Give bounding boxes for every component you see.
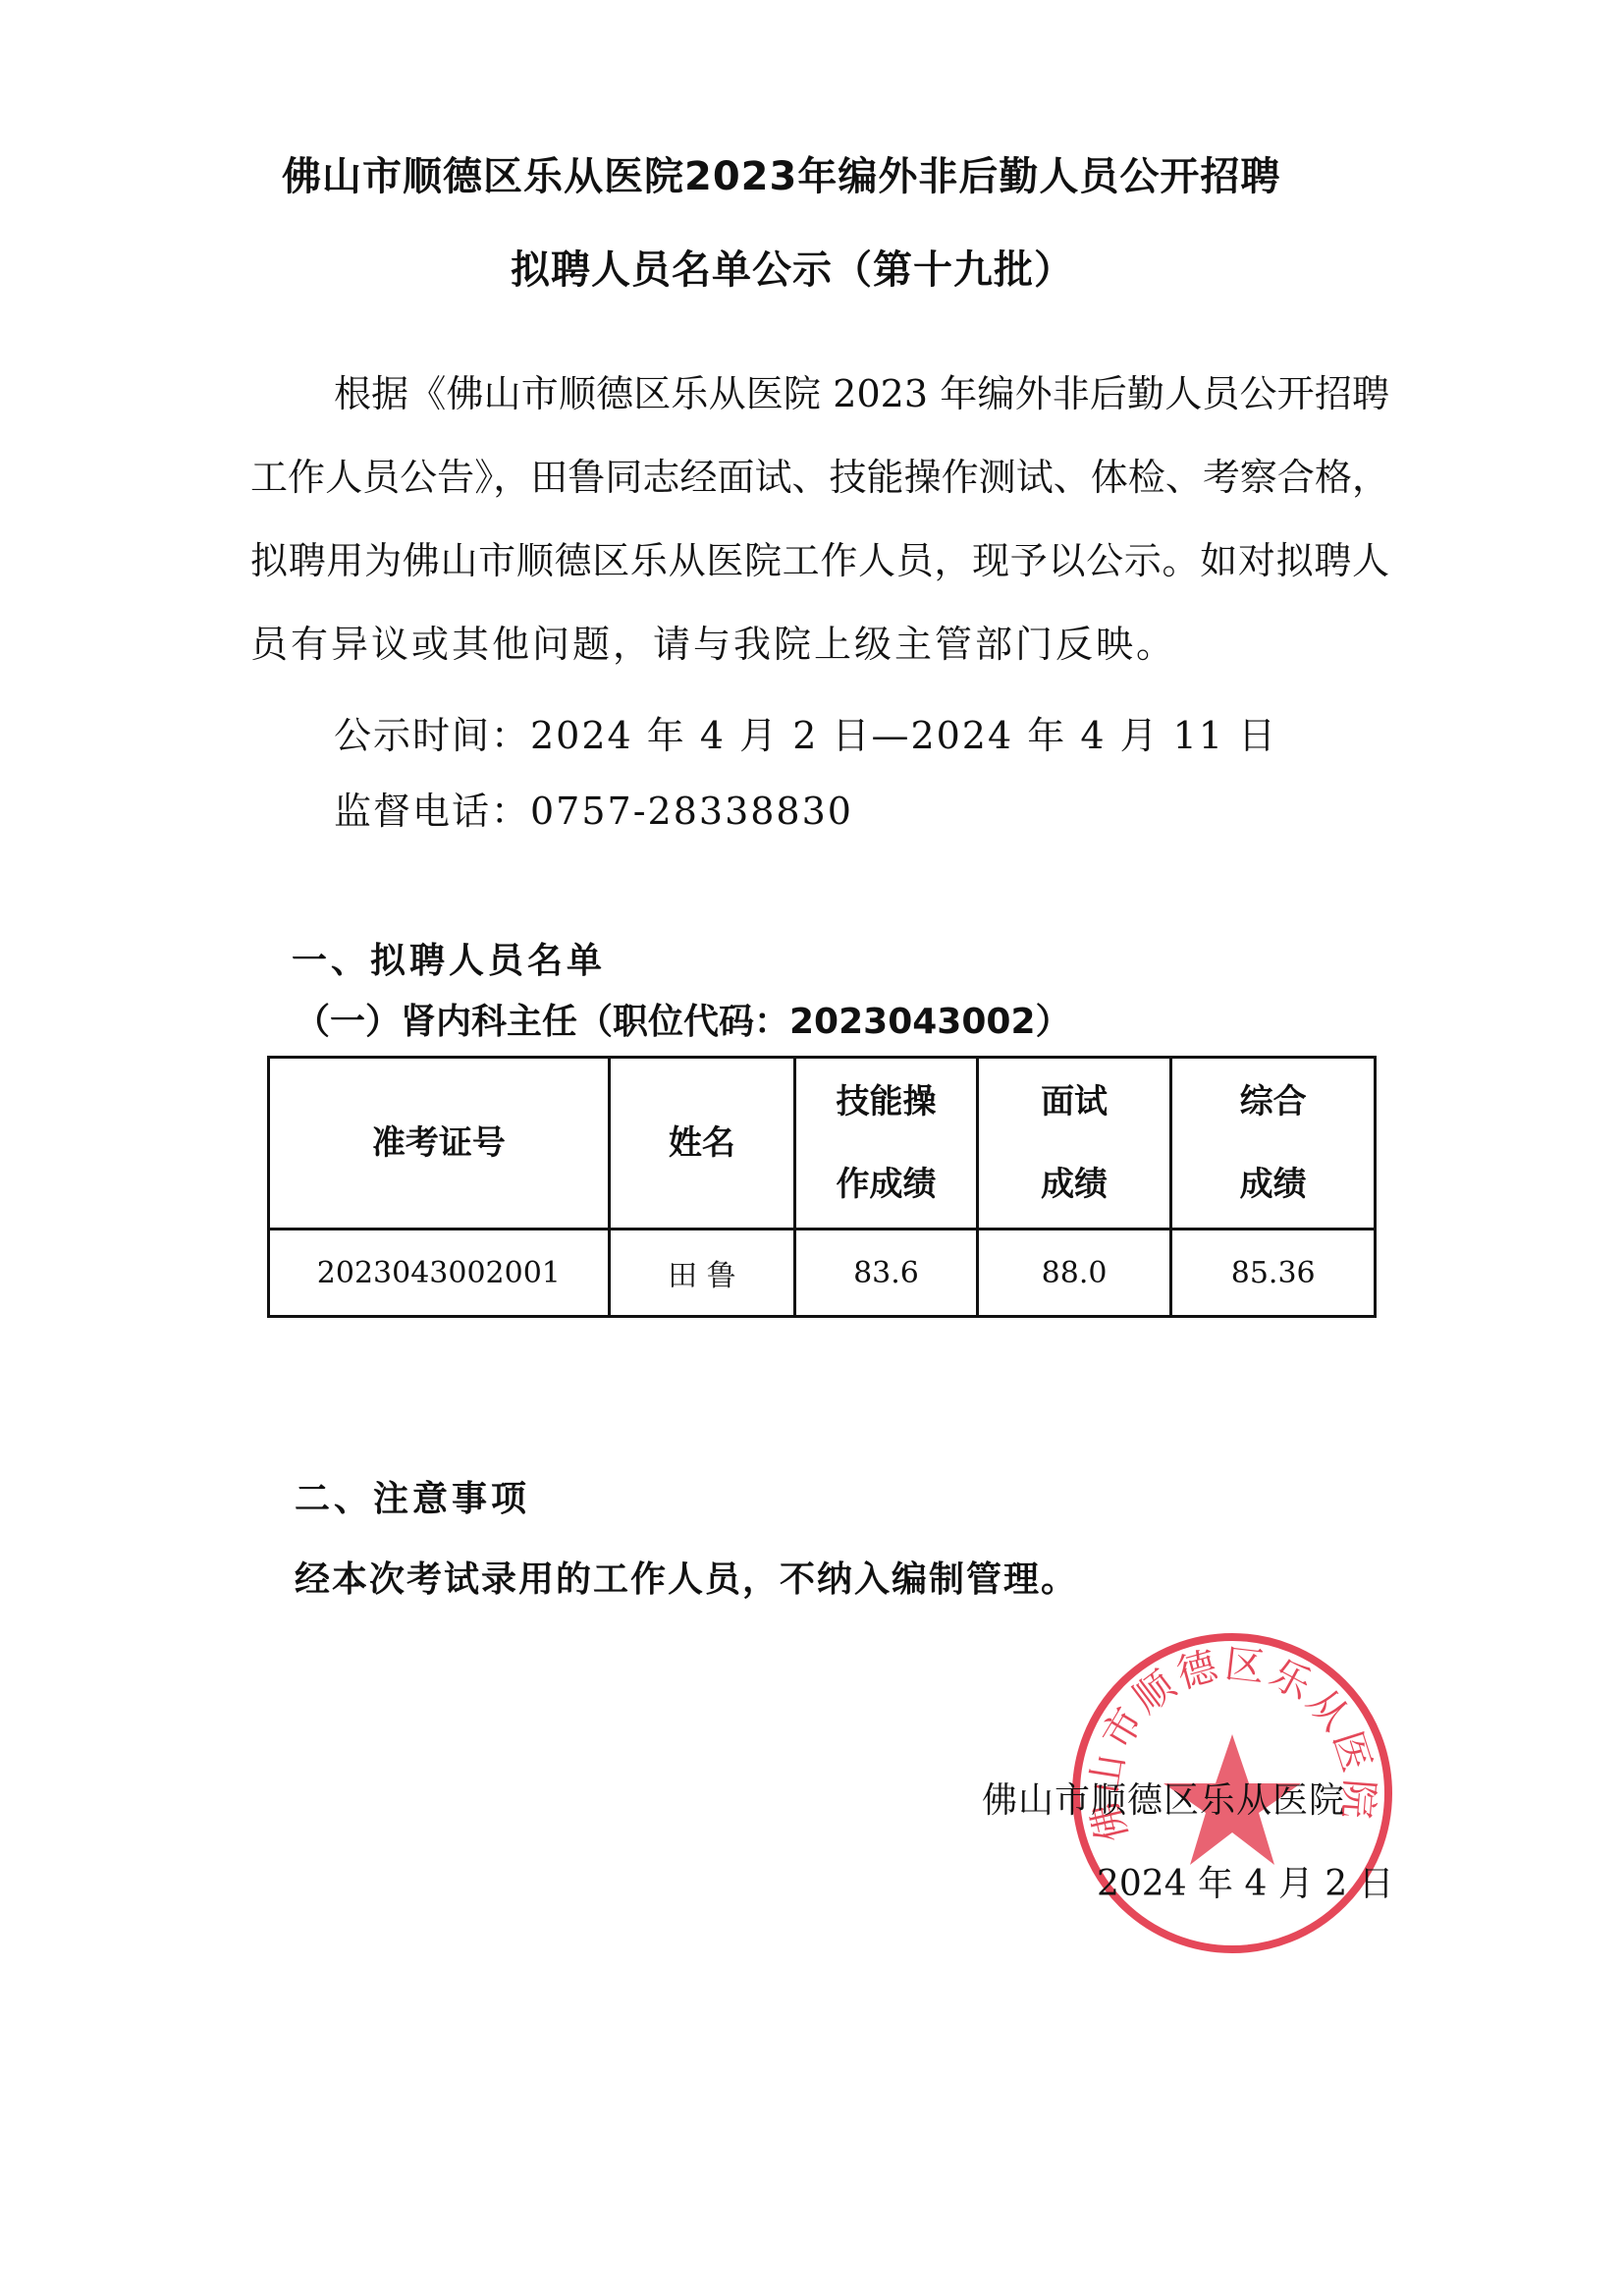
table-row: 2023043002001 田 鲁 83.6 88.0 85.36 [269,1230,1376,1317]
cell-total-score: 85.36 [1171,1230,1376,1317]
section1-subheading: （一）肾内科主任（职位代码：2023043002） [295,994,1071,1044]
cell-interview-score: 88.0 [977,1230,1171,1317]
section2-heading: 二、注意事项 [295,1471,530,1521]
document-title-line1: 佛山市顺德区乐从医院2023年编外非后勤人员公开招聘 [282,145,1280,201]
candidate-table: 准考证号 姓名 技能操作成绩 面试成绩 综合成绩 2023043002001 田… [267,1056,1377,1318]
signature-date: 2024 年 4 月 2 日 [1097,1856,1394,1906]
header-total-score: 综合成绩 [1171,1058,1376,1230]
section1-heading: 一、拟聘人员名单 [292,933,606,983]
cell-exam-number: 2023043002001 [269,1230,610,1317]
table-header-row: 准考证号 姓名 技能操作成绩 面试成绩 综合成绩 [269,1058,1376,1230]
supervision-phone: 监督电话：0757-28338830 [334,781,853,835]
header-skill-score: 技能操作成绩 [795,1058,978,1230]
body-line-2: 工作人员公告》，田鲁同志经面试、技能操作测试、体检、考察合格， [250,447,1389,501]
body-line-3: 拟聘用为佛山市顺德区乐从医院工作人员，现予以公示。如对拟聘人 [250,530,1389,584]
body-line-4: 员有异议或其他问题，请与我院上级主管部门反映。 [250,614,1176,668]
signature-org: 佛山市顺德区乐从医院 [982,1773,1345,1823]
header-interview-score: 面试成绩 [977,1058,1171,1230]
body-line-1: 根据《佛山市顺德区乐从医院 2023 年编外非后勤人员公开招聘 [334,363,1389,417]
notice-period: 公示时间：2024 年 4 月 2 日—2024 年 4 月 11 日 [334,705,1277,759]
section2-text: 经本次考试录用的工作人员，不纳入编制管理。 [295,1552,1078,1602]
cell-name: 田 鲁 [609,1230,795,1317]
header-exam-number: 准考证号 [269,1058,610,1230]
cell-skill-score: 83.6 [795,1230,978,1317]
header-name: 姓名 [609,1058,795,1230]
document-title-line2: 拟聘人员名单公示（第十九批） [511,239,1074,295]
